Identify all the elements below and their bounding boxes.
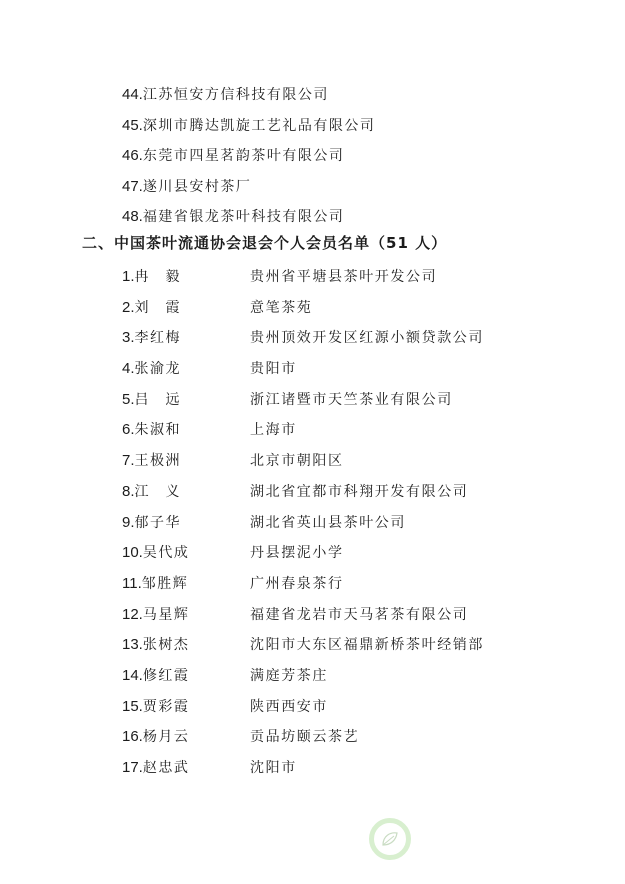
organization-name: 江苏恒安方信科技有限公司 [143,87,329,103]
person-affiliation: 丹县摆泥小学 [250,538,344,569]
item-number: 5. [122,385,135,416]
person-affiliation: 广州春泉茶行 [250,569,344,600]
item-number: 8. [122,477,135,508]
person-affiliation: 沈阳市 [250,753,297,784]
person-row: 15.贾彩霞陕西西安市 [122,692,189,723]
person-row: 12.马星辉福建省龙岩市天马茗茶有限公司 [122,600,189,631]
person-name: 李红梅 [135,330,182,346]
person-affiliation: 上海市 [250,415,297,446]
person-name: 吴代成 [143,545,190,561]
person-row: 8.江 义湖北省宜都市科翔开发有限公司 [122,477,189,508]
person-name: 江 义 [135,484,182,500]
person-affiliation: 贵州省平塘县茶叶开发公司 [250,262,437,293]
person-row: 7.王极洲北京市朝阳区 [122,446,189,477]
organization-list: 44.江苏恒安方信科技有限公司 45.深圳市腾达凯旋工艺礼品有限公司 46.东莞… [122,80,375,233]
person-name: 杨月云 [143,729,190,745]
person-row: 9.郁子华湖北省英山县茶叶公司 [122,508,189,539]
item-number: 48. [122,208,143,225]
item-number: 11. [122,569,142,600]
person-name: 赵忠武 [143,760,190,776]
person-affiliation: 北京市朝阳区 [250,446,344,477]
organization-item: 45.深圳市腾达凯旋工艺礼品有限公司 [122,111,375,142]
person-list: 1.冉 毅贵州省平塘县茶叶开发公司 2.刘 霞意笔茶苑 3.李红梅贵州顶效开发区… [122,262,189,784]
organization-name: 遂川县安村茶厂 [143,179,252,195]
organization-item: 48.福建省银龙茶叶科技有限公司 [122,202,375,233]
person-row: 14.修红霞满庭芳茶庄 [122,661,189,692]
item-number: 46. [122,147,143,164]
person-row: 6.朱淑和上海市 [122,415,189,446]
item-number: 9. [122,508,135,539]
organization-name: 深圳市腾达凯旋工艺礼品有限公司 [143,118,376,134]
item-number: 17. [122,753,143,784]
person-row: 3.李红梅贵州顶效开发区红源小额贷款公司 [122,323,189,354]
person-name: 王极洲 [135,453,182,469]
item-number: 45. [122,117,143,134]
item-number: 6. [122,415,135,446]
person-affiliation: 满庭芳茶庄 [250,661,328,692]
item-number: 4. [122,354,135,385]
organization-name: 东莞市四星茗韵茶叶有限公司 [143,148,345,164]
person-affiliation: 意笔茶苑 [250,293,312,324]
item-number: 3. [122,323,135,354]
item-number: 14. [122,661,143,692]
person-row: 10.吴代成丹县摆泥小学 [122,538,189,569]
person-row: 13.张树杰沈阳市大东区福鼎新桥茶叶经销部 [122,630,189,661]
person-row: 2.刘 霞意笔茶苑 [122,293,189,324]
item-number: 16. [122,722,143,753]
person-name: 马星辉 [143,607,190,623]
item-number: 15. [122,692,143,723]
person-affiliation: 贵州顶效开发区红源小额贷款公司 [250,323,484,354]
person-affiliation: 湖北省宜都市科翔开发有限公司 [250,477,468,508]
organization-name: 福建省银龙茶叶科技有限公司 [143,209,345,225]
person-name: 贾彩霞 [143,699,190,715]
person-name: 吕 远 [135,392,182,408]
person-name: 张渝龙 [135,361,182,377]
person-row: 16.杨月云贡品坊颐云茶艺 [122,722,189,753]
person-affiliation: 贵阳市 [250,354,297,385]
person-row: 1.冉 毅贵州省平塘县茶叶开发公司 [122,262,189,293]
item-number: 12. [122,600,143,631]
item-number: 47. [122,178,143,195]
person-row: 17.赵忠武沈阳市 [122,753,189,784]
organization-item: 44.江苏恒安方信科技有限公司 [122,80,375,111]
person-name: 刘 霞 [135,300,182,316]
item-number: 13. [122,630,143,661]
tea-leaf-seal-icon [369,818,411,860]
person-name: 冉 毅 [135,269,182,285]
person-affiliation: 沈阳市大东区福鼎新桥茶叶经销部 [250,630,484,661]
organization-item: 47.遂川县安村茶厂 [122,172,375,203]
person-name: 修红霞 [143,668,190,684]
person-affiliation: 湖北省英山县茶叶公司 [250,508,406,539]
organization-item: 46.东莞市四星茗韵茶叶有限公司 [122,141,375,172]
person-row: 4.张渝龙贵阳市 [122,354,189,385]
person-row: 11.邹胜辉广州春泉茶行 [122,569,189,600]
person-name: 朱淑和 [135,422,182,438]
person-name: 张树杰 [143,637,190,653]
person-affiliation: 福建省龙岩市天马茗茶有限公司 [250,600,468,631]
item-number: 44. [122,86,143,103]
item-number: 7. [122,446,135,477]
section-heading: 二、中国茶叶流通协会退会个人会员名单（51 人） [82,232,447,253]
person-affiliation: 浙江诸暨市天竺茶业有限公司 [250,385,453,416]
item-number: 2. [122,293,135,324]
item-number: 1. [122,262,135,293]
person-affiliation: 陕西西安市 [250,692,328,723]
person-name: 邹胜辉 [142,576,189,592]
item-number: 10. [122,538,143,569]
person-name: 郁子华 [135,515,182,531]
leaf-icon [380,830,400,848]
person-row: 5.吕 远浙江诸暨市天竺茶业有限公司 [122,385,189,416]
person-affiliation: 贡品坊颐云茶艺 [250,722,359,753]
